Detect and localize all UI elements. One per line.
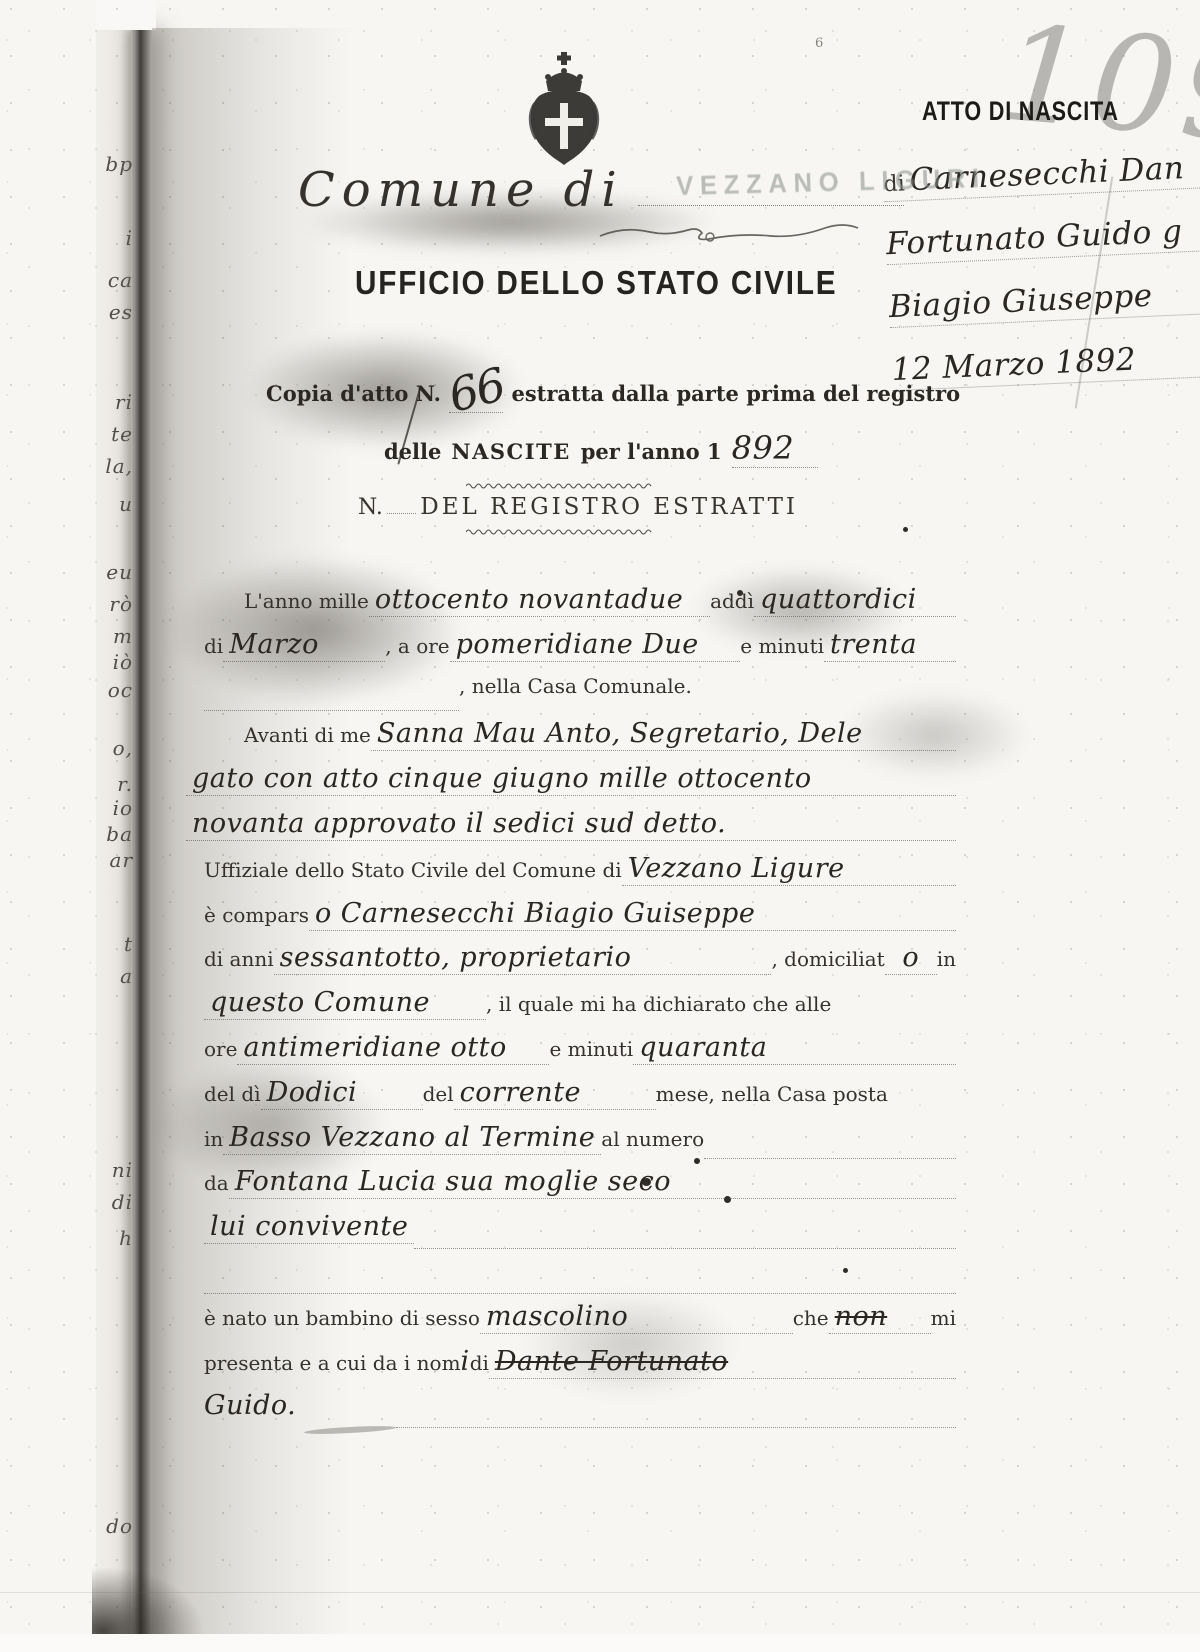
printed-text: di anni [204,947,274,971]
printed-text: , nella Casa Comunale. [459,674,692,698]
office-title: UFFICIO DELLO STATO CIVILE [355,264,805,302]
body-line: ore antimeridiane otto e minuti quaranta [204,1032,956,1077]
handwritten-entry: sessantotto, proprietario [274,942,772,975]
comune-di-label: Comune di [298,162,624,218]
handwritten-entry: Marzo [223,629,385,662]
del-registro-estratti-label: DEL REGISTRO ESTRATTI [420,494,798,520]
handwritten-entry: trenta [824,629,956,662]
printed-text: in [204,1127,223,1151]
cut-off-handwriting-fragment: bp [105,152,133,176]
cut-off-handwriting-fragment: ar [110,848,133,872]
handwritten-entry: antimeridiane otto [237,1032,549,1065]
ink-spot [903,527,908,532]
cut-off-handwriting-fragment: di [112,1190,133,1214]
printed-text: di [470,1351,489,1375]
printed-text: presenta e a cui da i nom [204,1351,461,1375]
scan-bottom-edge [0,1634,1200,1652]
handwritten-entry-struck: Dante Fortunato [489,1346,956,1379]
handwritten-entry: ottocento novantadue [369,584,710,617]
body-line: L'anno mille ottocento novantadue addì q… [204,584,956,629]
body-line: da Fontana Lucia sua moglie seco [204,1166,956,1211]
printed-text: Uffiziale dello Stato Civile del Comune … [204,858,622,882]
printed-text: mese, nella Casa posta [656,1082,888,1106]
dotted-blank [414,1246,956,1249]
handwritten-entry: Vezzano Ligure [622,853,956,886]
body-line: di anni sessantotto, proprietario , domi… [204,942,956,987]
bottom-left-binding-shadow [92,1568,202,1638]
body-line: in Basso Vezzano al Termine al numero [204,1122,956,1167]
body-line: lui convivente [204,1211,956,1256]
body-line: Avanti di me Sanna Mau Anto, Segretario,… [204,718,956,763]
handwritten-entry: quaranta [633,1032,956,1065]
dotted-blank [204,1291,956,1294]
body-line: Guido. [204,1390,956,1435]
printed-text: , il quale mi ha dichiarato che alle [486,992,831,1016]
nascite-label: NASCITE [451,439,570,464]
cut-off-handwriting-fragment: oc [108,678,133,702]
cut-off-handwriting-fragment: do [106,1514,133,1538]
body-line: del dì Dodici del corrente mese, nella C… [204,1077,956,1122]
margin-name-line-3: Biagio Giuseppe [888,275,1200,328]
act-number-field: 66 [449,358,504,413]
act-number-handwritten: 66 [443,357,509,423]
previous-page-edge: bpicaesritela,ueuròmiòoco,r.iobaartanidi… [96,30,134,1652]
dotted-blank [704,1156,956,1159]
paper-crease-line [0,1592,1200,1593]
printed-text: mi [931,1306,956,1330]
book-gutter-shadow [131,28,152,1652]
pencil-page-number: 109 [996,0,1200,173]
printed-text: al numero [601,1127,704,1151]
handwritten-entry: pomeridiane Due [450,629,741,662]
cut-off-handwriting-fragment: eu [106,560,133,584]
handwritten-entry: Dodici [261,1077,423,1110]
handwritten-entry: i [461,1346,470,1377]
delle-label: delle [384,439,441,464]
cut-off-handwriting-fragment: rò [109,592,133,616]
handwritten-entry: Fontana Lucia sua moglie seco [229,1166,956,1199]
printed-text: , a ore [385,634,449,658]
printed-text: da [204,1171,229,1195]
cut-off-handwriting-fragment: ba [106,822,133,846]
scanned-birth-certificate-page: bpicaesritela,ueuròmiòoco,r.iobaartanidi… [0,0,1200,1652]
printed-text: , domiciliat [771,947,884,971]
body-line: Uffiziale dello Stato Civile del Comune … [204,853,956,898]
printed-text: che [793,1306,829,1330]
body-line: presenta e a cui da i nom i di Dante For… [204,1346,956,1391]
body-line: di Marzo , a ore pomeridiane Due e minut… [204,629,956,674]
body-line: questo Comune , il quale mi ha dichiarat… [204,987,956,1032]
printed-text: di [204,634,223,658]
printed-text: in [937,947,956,971]
estratta-text: estratta dalla parte prima del registro [511,381,960,406]
atto-di-nascita-label: ATTO DI NASCITA [922,96,1119,127]
dotted-blank [396,1425,956,1428]
handwritten-entry: mascolino [480,1301,793,1334]
handwritten-entry: Basso Vezzano al Termine [223,1122,601,1155]
wavy-rule [466,480,658,490]
printed-text: e minuti [740,634,824,658]
printed-text: Avanti di me [244,723,371,747]
handwritten-entry: o [885,942,937,975]
cut-off-handwriting-fragment: ni [112,1158,133,1182]
n-label: N. [358,495,383,520]
page-corner-notch [96,0,156,30]
cut-off-handwriting-fragment: iò [113,650,133,674]
body-line: è compars o Carnesecchi Biagio Guiseppe [204,898,956,943]
per-lanno-label: per l'anno 1 [581,439,722,464]
printed-text: L'anno mille [244,589,369,613]
comune-heading: Comune di VEZZANO LIGURI [298,162,904,218]
printed-text: e minuti [549,1037,633,1061]
handwritten-entry: gato con atto cinque giugno mille ottoce… [186,763,956,796]
underline-smudge [304,1425,396,1436]
margin-name-line-2: Fortunato Guido g [885,212,1200,265]
handwritten-entry-struck: non [829,1301,931,1334]
act-body: L'anno mille ottocento novantadue addì q… [204,584,956,1435]
copy-act-block: Copia d'atto N. 66 estratta dalla parte … [266,358,914,468]
savoy-coat-of-arms [522,50,606,168]
printed-text: è compars [204,903,309,927]
flourish-underline [598,222,860,246]
handwritten-entry: Sanna Mau Anto, Segretario, Dele [371,718,956,751]
printed-text: addì [710,589,754,613]
printed-text: è nato un bambino di sesso [204,1306,480,1330]
printed-text: del dì [204,1082,261,1106]
handwritten-entry: lui convivente [204,1211,414,1244]
register-number-field [387,513,416,514]
body-line: novanta approvato il sedici sud detto. [186,808,956,853]
printed-text: ore [204,1037,237,1061]
handwritten-entry: Guido. [204,1390,296,1421]
cut-off-handwriting-fragment: m [113,624,133,648]
register-extract-block: N. DEL REGISTRO ESTRATTI [358,480,798,536]
body-line: , nella Casa Comunale. [204,674,956,719]
handwritten-entry: corrente [454,1077,656,1110]
wavy-rule [466,526,658,536]
handwritten-entry: o Carnesecchi Biagio Guiseppe [309,898,956,931]
body-line [204,1256,956,1301]
year-handwritten: 892 [732,429,795,467]
body-line: è nato un bambino di sesso mascolino che… [204,1301,956,1346]
comune-name-field: VEZZANO LIGURI [638,165,904,206]
cut-off-handwriting-fragment: io [113,796,133,820]
dotted-blank [204,708,459,711]
cut-off-handwriting-fragment: la, [105,454,133,478]
tiny-corner-mark: 6 [815,36,823,51]
handwritten-entry: questo Comune [204,987,486,1020]
handwritten-entry: novanta approvato il sedici sud detto. [186,808,956,841]
cut-off-handwriting-fragment: te [111,422,133,446]
year-field: 892 [732,429,818,468]
body-line: gato con atto cinque giugno mille ottoce… [186,763,956,808]
printed-text: del [423,1082,454,1106]
cut-off-handwriting-fragment: o, [113,736,133,760]
handwritten-entry: quattordici [754,584,956,617]
cut-off-handwriting-fragment: es [109,300,133,324]
cut-off-handwriting-fragment: ca [108,268,133,292]
